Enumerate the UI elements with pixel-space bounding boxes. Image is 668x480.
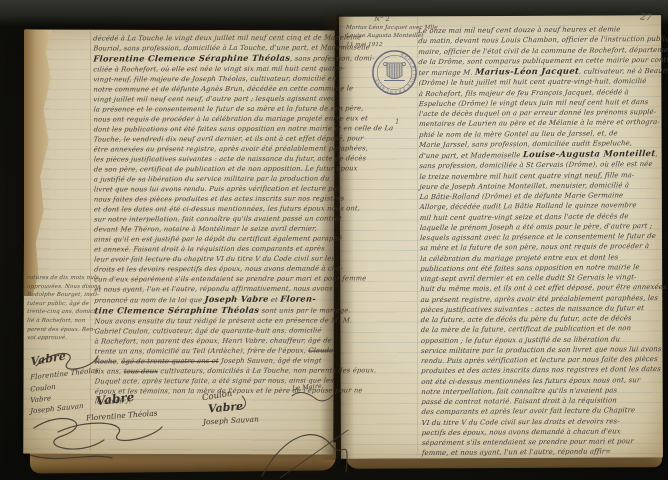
handwritten-line: 11 mai 1912 — [346, 41, 419, 49]
handwritten-line: trente-cinq ans, domici- — [27, 308, 94, 317]
spouse-name: tine Clemence Séraphine Théolas — [94, 305, 260, 316]
left-page-act-text: décédé à La Touche le vingt deux juillet… — [93, 32, 335, 406]
handwritten-line: voi approuvé. — [27, 334, 94, 343]
handwritten-line: Louise Augusta Monteillet — [346, 32, 419, 40]
stamp-emblem — [384, 62, 406, 80]
spouse-name: Joseph Vabre — [204, 294, 269, 304]
right-margin-annotation: N° 2 Marius Léon Jacquet avec MlleLouise… — [346, 15, 418, 49]
handwritten-line: Rodolphe Bourget, insti- — [27, 291, 94, 300]
handwritten-line: parent des époux. Ren- — [27, 326, 94, 335]
handwritten-line: approuvées. Nous disons — [27, 283, 94, 292]
handwritten-line: ratures de dix mots nuls — [27, 274, 94, 283]
spouse-name: Floren- — [280, 294, 317, 304]
handwritten-line: femme, et nous ayant, l'un et l'autre, r… — [421, 446, 664, 458]
left-margin-annotation: ratures de dix mots nulsapprouvées. Nous… — [27, 274, 93, 343]
struck-text: tous deux — [123, 367, 158, 375]
spouse-name: Louise-Augusta Monteillet — [523, 148, 656, 159]
page-number: 27 — [640, 12, 653, 23]
scanned-register-spread: décédé à La Touche le vingt deux juillet… — [0, 0, 668, 480]
pencil-mark: 1 — [395, 118, 400, 126]
spouse-name: Marius-Léon Jacquet — [475, 66, 580, 77]
handwritten-line: lié à Rochefort, non — [27, 317, 94, 326]
right-page-act-text: Le onze mai mil neuf cent douze à neuf h… — [418, 24, 664, 459]
struck-text: Claude — [308, 346, 334, 354]
republique-francaise-stamp: RÉPUBLIQUE FRANÇAISE — [371, 49, 418, 96]
right-margin-annotation-lines: Marius Léon Jacquet avec MlleLouise Augu… — [346, 24, 418, 49]
struck-text: âgé de trente quatre ans et — [121, 357, 219, 365]
spouse-name: Florentine Clemence Séraphine Théolas — [93, 53, 291, 64]
act-number: N° 2 — [346, 15, 418, 23]
